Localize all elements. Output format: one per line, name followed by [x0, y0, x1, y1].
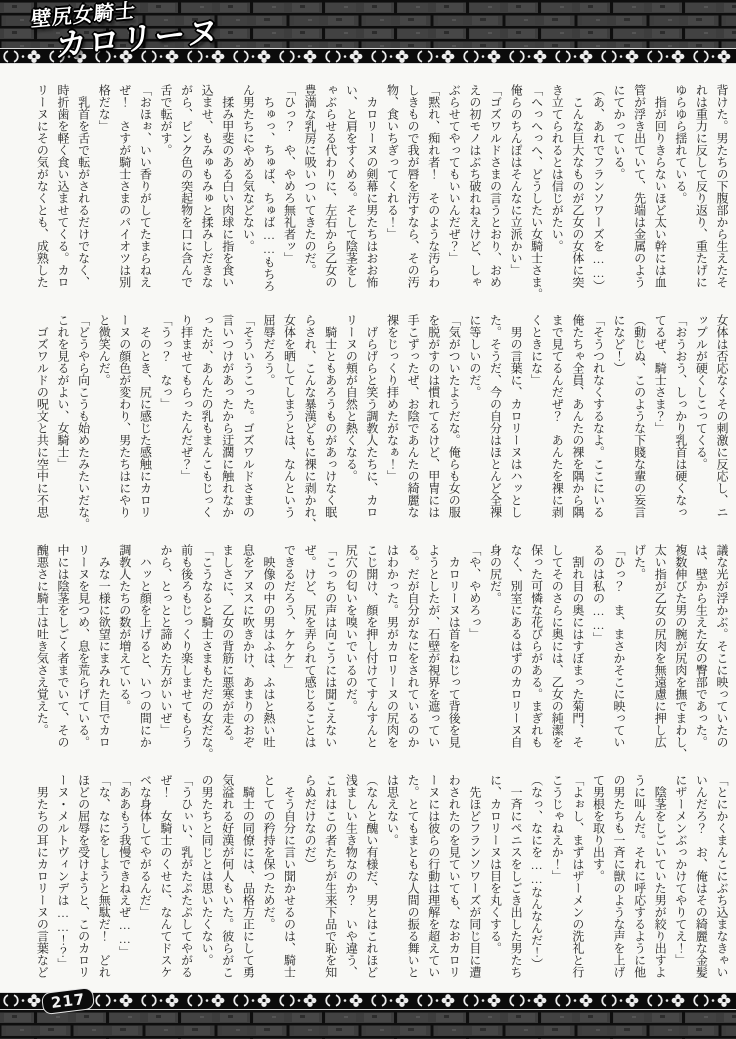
text-line: 中には陰茎をしごく者までいて、その	[52, 544, 73, 762]
text-line: ベな身体してやがるんだ」	[135, 774, 156, 992]
text-line: から、とっとと諦めた方がいいぜ」	[155, 544, 176, 762]
text-block-4: 「とにかくまんこにぶち込まなきゃいいんだろ？ お、俺はその綺麗な金髪にザーメンぶ…	[31, 774, 732, 992]
text-line: た。そうだ、今の自分はほとんど全裸	[485, 314, 506, 532]
text-line: はわかった。男がカロリーヌの尻肉を	[382, 544, 403, 762]
text-line: 男の言葉に、カロリーヌはハッとし	[505, 314, 526, 532]
text-line: に、カロリーヌは目を丸くする。	[485, 774, 506, 992]
text-line: ゃぶらせる代わりに、左右から乙女の	[320, 84, 341, 302]
text-line: みな一様に欲望にまみれた目でカロ	[94, 544, 115, 762]
text-line: 騎士の同僚には、品格方正にして勇	[238, 774, 259, 992]
text-line: 背けた。男たちの下腹部から生えたそ	[711, 84, 732, 302]
text-line: 「ああもう我慢できねえぜ……」	[114, 774, 135, 992]
text-line: （なんと醜い有様だ、男とはこれほど	[361, 774, 382, 992]
text-line: ましさに、乙女の背筋に悪寒が走る。	[217, 544, 238, 762]
text-line: がら、ピンク色の突起物を口に含んで	[176, 84, 197, 302]
text-line: わされたのを見ていても、なおカロリ	[444, 774, 465, 992]
text-line: き立てられるとは信じがたい。	[547, 84, 568, 302]
text-line: ったが、あんたの乳もまんこもじっく	[197, 314, 218, 532]
text-line: なく、別室にあるはずのカロリーヌ自	[505, 544, 526, 762]
text-line: しきもので我が唇を汚すなら、その汚	[403, 84, 424, 302]
text-line: 「うひぃい、乳がたぷたぷしてやがる	[176, 774, 197, 992]
text-line: らされ、こんな暴漢どもに裸に剥かれ、	[300, 314, 321, 532]
text-line: 浅ましい生き物なのか？ いや違う、	[341, 774, 362, 992]
text-line: ほどの屈辱を受けようと、このカロリ	[73, 774, 94, 992]
text-line: 俺たちゃ全員、あんたの裸を隅から隅	[567, 314, 588, 532]
text-line: 「よぉし、まずはザーメンの洗礼と行	[567, 774, 588, 992]
text-line: いんだろ？ お、俺はその綺麗な金髪	[691, 774, 712, 992]
text-line: 「や、やめろっ」	[464, 544, 485, 762]
text-line: と微笑んだ。	[94, 314, 115, 532]
text-line: リーヌにその気がなくとも、成熟した	[32, 84, 53, 302]
text-line: カロリーヌは首をねじって背後を見	[444, 544, 465, 762]
novel-page: 壁尻女騎士 カロリーヌ 背けた。男たちの下腹部から生えたそれは重力に反して反り返…	[0, 0, 736, 1039]
text-line: これを見るがよい、女騎士」	[52, 314, 73, 532]
text-line: そのとき、尻に感じた感触にカロリ	[135, 314, 156, 532]
text-line: 裸をじっくり拝めたがなぁ！」	[382, 314, 403, 532]
text-line: ぜ！ 女騎士のくせに、なんてドスケ	[155, 774, 176, 992]
text-line: 女体は否応なくその刺激に反応し、ニ	[711, 314, 732, 532]
text-line: 「こうなると騎士さまもただの女だな。	[197, 544, 218, 762]
text-block-3: 議な光が浮かぶ。そこに映っていたのは、壁から生えた女の臀部であった。複数伸びた男…	[31, 544, 732, 762]
text-block-1: 背けた。男たちの下腹部から生えたそれは重力に反して反り返り、重たげにゆらゆら揺れ…	[31, 84, 732, 302]
text-line: げらげらと笑う調教人たちに、カロ	[361, 314, 382, 532]
text-line: ーヌの顔色が変わり、男たちはにやり	[114, 314, 135, 532]
text-line: （あ、あれでフランソワーズを……）	[588, 84, 609, 302]
text-line: らぬだけなのだ）	[300, 774, 321, 992]
text-line: になど！）	[608, 314, 629, 532]
text-line: 舌で転がす。	[155, 84, 176, 302]
text-line: 割れ目の奥にはすぼまった菊門、そ	[567, 544, 588, 762]
text-line: 屈辱だろう。	[258, 314, 279, 532]
text-line: 言いつけがあったから迂濶に触れなか	[217, 314, 238, 532]
text-line: 議な光が浮かぶ。そこに映っていたの	[711, 544, 732, 762]
text-line: 陰茎をしごいていた男が絞り出すよ	[650, 774, 671, 992]
text-line: 「こっちの声は向こうには聞こえない	[320, 544, 341, 762]
text-line: 「気がついたようだな。俺らも女の服	[444, 314, 465, 532]
text-line: 先ほどフランソワーズが同じ目に遭	[464, 774, 485, 992]
text-line: 揉み甲斐のある白い肉球に指を食い	[217, 84, 238, 302]
text-line: 男たちの耳にカロリーヌの言葉など	[32, 774, 53, 992]
text-line: てるぜ、騎士さま？」	[650, 314, 671, 532]
text-line: 「おうおう、しっかり乳首は硬くなっ	[670, 314, 691, 532]
text-line: ぜ。けど、尻を弄られて感じることは	[300, 544, 321, 762]
text-line: 「ひっ？ ま、まさかそこに映ってい	[608, 544, 629, 762]
text-line: そう自分に言い聞かせるのは、騎士	[279, 774, 300, 992]
text-line: うに叫んだ。それに呼応するように他	[629, 774, 650, 992]
text-line: 騎士ともあろうものがあっけなく眠	[320, 314, 341, 532]
text-line: 乳首を舌で転がされるだけでなく、	[73, 84, 94, 302]
text-line: こんな巨大なものが乙女の女体に突	[567, 84, 588, 302]
text-line: 「な、なにをしようと無駄だ！ どれ	[94, 774, 115, 992]
text-line: 映像の中の男はふは、ふはと熱い吐	[258, 544, 279, 762]
text-line: リーヌを見つめ、息を荒らげている。	[73, 544, 94, 762]
text-line: は、壁から生えた女の臀部であった。	[691, 544, 712, 762]
text-line: できるだろう、ケケケ」	[279, 544, 300, 762]
brick-pattern-bottom	[0, 1010, 736, 1039]
text-line: げた。	[629, 544, 650, 762]
text-line: るのは私の……」	[588, 544, 609, 762]
text-line: リーヌの頬が自然と熱くなる。	[341, 314, 362, 532]
text-line: 気溢れる好漢が何人もいた。彼らがこ	[217, 774, 238, 992]
text-line: ようとしたが、石壁が視界を遮ってい	[423, 544, 444, 762]
text-line: 保った可憐な花びらがある。まぎれも	[526, 544, 547, 762]
text-line: （なっ、なにを……なんなんだ！）	[526, 774, 547, 992]
text-line: 「おほぉ、いい香りがしてたまらねえ	[135, 84, 156, 302]
text-line: 指が回りきらないほど太い幹には血	[650, 84, 671, 302]
text-line: 身の尻だ。	[485, 544, 506, 762]
text-line: 格だな」	[94, 84, 115, 302]
text-line: 醜悪さに騎士は吐き気さえ覚えた。	[32, 544, 53, 762]
text-line: ちゅっ、ちゅば、ちゅば……もちろ	[258, 84, 279, 302]
text-line: にてかっている。	[608, 84, 629, 302]
text-line: 手こずったぜ、お陰であんたの綺麗な	[403, 314, 424, 532]
text-line: ゴズワルドの呪文と共に空中に不思	[32, 314, 53, 532]
text-line: ハッと顔を上げると、いつの間にか	[135, 544, 156, 762]
text-line: 「ゴズワルドさまの言うとおり、おめ	[485, 84, 506, 302]
text-line: ゆらゆら揺れている。	[670, 84, 691, 302]
text-line: 女体を晒してしまうとは、なんという	[279, 314, 300, 532]
text-line: 「うっ？ なっ」	[155, 314, 176, 532]
text-line: まで見てるんだぜ？ あんたを裸に剥	[547, 314, 568, 532]
text-line: 尻穴の匂いを嗅いでいるのだ。	[341, 544, 362, 762]
text-line: て男根を取り出す。	[588, 774, 609, 992]
text-line: は思えない。	[382, 774, 403, 992]
text-line: 込ませ、もみゅもみゅと揉みしだきな	[197, 84, 218, 302]
text-line: 調教人たちの数が増えている。	[114, 544, 135, 762]
text-line: に等しいのだ。	[464, 314, 485, 532]
text-line: 前も後ろもじっくり楽しませてもらう	[176, 544, 197, 762]
text-line: 複数伸びた男の腕が尻肉を撫でまわし、	[670, 544, 691, 762]
text-line: の男たちと同じとは思いたくない。	[197, 774, 218, 992]
page-content: 背けた。男たちの下腹部から生えたそれは重力に反して反り返り、重たげにゆらゆら揺れ…	[31, 84, 732, 1004]
text-line: こうじゃねえか！」	[547, 774, 568, 992]
text-line: 豊満な乳房に吸いついてきたのだ。	[300, 84, 321, 302]
brick-wall-bottom	[0, 1010, 736, 1039]
text-line: ーヌ・メルトヴィンデは……！？」	[52, 774, 73, 992]
text-line: こじ開け、顔を押し付けてすんすんと	[361, 544, 382, 762]
text-line: 「とにかくまんこにぶち込まなきゃい	[711, 774, 732, 992]
text-line: い、と肩をすくめる。そして陰茎をし	[341, 84, 362, 302]
text-line: 「黙れ、痴れ者！ そのような汚らわ	[423, 84, 444, 302]
text-line: にザーメンぶっかけてやりてえ！」	[670, 774, 691, 992]
text-line: た。とてもまともな人間の振る舞いと	[403, 774, 424, 992]
text-line: 息をアヌスに吹きかけ、あまりのおぞ	[238, 544, 259, 762]
text-line: 太い指が乙女の尻肉を無遠慮に押し広	[650, 544, 671, 762]
text-line: くときにな」	[526, 314, 547, 532]
text-line: り拝ませてもらったんだぜ？」	[176, 314, 197, 532]
text-line: 「そういうこった。ゴズワルドさまの	[238, 314, 259, 532]
text-line: としての矜持を保つためだ。	[258, 774, 279, 992]
text-line: 管が浮き出ていて、先端は金属のよう	[629, 84, 650, 302]
text-line: （動じぬ、このような下賤な輩の妄言	[629, 314, 650, 532]
text-line: これはこの者たちが生来下品で恥を知	[320, 774, 341, 992]
text-line: 俺らのちんぽはそんなに立派かい」	[505, 84, 526, 302]
text-line: ップルが硬くしこってくる。	[691, 314, 712, 532]
text-line: 一斉にペニスをしごき出した男たち	[505, 774, 526, 992]
text-line: カロリーヌの剣幕に男たちはおお怖	[361, 84, 382, 302]
text-line: の男たちも一斉に獣のような声を上げ	[608, 774, 629, 992]
text-block-2: 女体は否応なくその刺激に反応し、ニップルが硬くしこってくる。「おうおう、しっかり…	[31, 314, 732, 532]
text-line: 物、食いちぎってくれる！」	[382, 84, 403, 302]
text-line: を脱がすのは慣れてるけど、甲冑には	[423, 314, 444, 532]
text-line: 「そうつれなくするなよ。ここにいる	[588, 314, 609, 532]
text-line: る。だが自分がなにをされているのか	[403, 544, 424, 762]
text-line: してそのさらに奥には、乙女の純潔を	[547, 544, 568, 762]
text-line: れは重力に反して反り返り、重たげに	[691, 84, 712, 302]
text-line: ぜ！ さすが騎士さまのパイオツは別	[114, 84, 135, 302]
text-line: ーヌには彼らの行動は理解を超えてい	[423, 774, 444, 992]
text-line: えの初モノはぶち破れねえけど、しゃ	[464, 84, 485, 302]
text-line: 「へっへっへ、どうしたい女騎士さま。	[526, 84, 547, 302]
text-line: 「ひっ？ や、やめろ無礼者ッ」	[279, 84, 300, 302]
text-line: ん男たちにやめる気などない。	[238, 84, 259, 302]
text-line: ぶらせてやってもいいんだぜ？」	[444, 84, 465, 302]
text-line: 「どうやら向こうも始めたみたいだな。	[73, 314, 94, 532]
text-line: 時折歯を軽く食い込ませてくる。カロ	[52, 84, 73, 302]
